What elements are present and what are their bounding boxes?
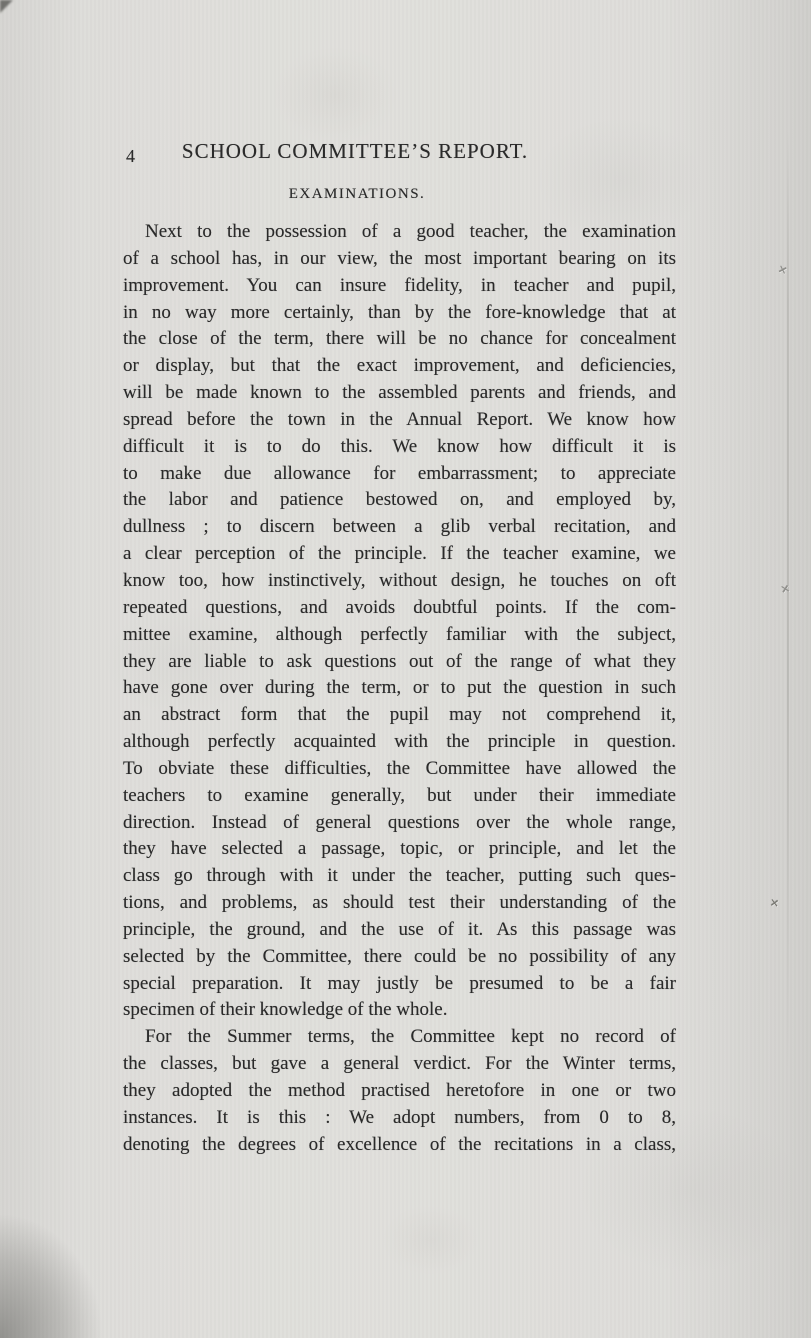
text-line: or display, but that the exact improveme… [123, 353, 676, 380]
text-line: tions, and problems, as should test thei… [123, 890, 676, 917]
text-line: improvement. You can insure fidelity, in… [123, 273, 676, 300]
text-line: special preparation. It may justly be pr… [123, 971, 676, 998]
text-line: the close of the term, there will be no … [123, 326, 676, 353]
paper-flaw-mark-icon: ✕ [769, 896, 780, 910]
text-line: have gone over during the term, or to pu… [123, 675, 676, 702]
text-line: principle, the ground, and the use of it… [123, 917, 676, 944]
text-line: spread before the town in the Annual Rep… [123, 407, 676, 434]
page-corner-shadow [0, 0, 13, 13]
text-line: instances. It is this : We adopt numbers… [123, 1105, 676, 1132]
text-line: although perfectly acquainted with the p… [123, 729, 676, 756]
running-head: SCHOOL COMMITTEE’S REPORT. [182, 139, 528, 164]
text-line: difficult it is to do this. We know how … [123, 434, 676, 461]
text-line: selected by the Committee, there could b… [123, 944, 676, 971]
text-line: dullness ; to discern between a glib ver… [123, 514, 676, 541]
page-number: 4 [126, 146, 135, 167]
text-line: in no way more certainly, than by the fo… [123, 300, 676, 327]
text-line: a clear perception of the principle. If … [123, 541, 676, 568]
bottom-left-shadow [0, 1215, 110, 1338]
body-text: Next to the possession of a good teacher… [123, 219, 676, 1159]
paper-crease [787, 130, 789, 1070]
text-line: an abstract form that the pupil may not … [123, 702, 676, 729]
text-line: teachers to examine generally, but under… [123, 783, 676, 810]
text-line: they have selected a passage, topic, or … [123, 836, 676, 863]
text-line: specimen of their knowledge of the whole… [123, 997, 676, 1024]
paper-flaw-mark-icon: ✕ [780, 582, 792, 597]
text-line: repeated questions, and avoids doubtful … [123, 595, 676, 622]
text-line: To obviate these difficulties, the Commi… [123, 756, 676, 783]
text-line: know too, how instinctively, without des… [123, 568, 676, 595]
text-line: denoting the degrees of excellence of th… [123, 1132, 676, 1159]
text-line: mittee examine, although perfectly famil… [123, 622, 676, 649]
text-line: will be made known to the assembled pare… [123, 380, 676, 407]
text-line: of a school has, in our view, the most i… [123, 246, 676, 273]
text-line: class go through with it under the teach… [123, 863, 676, 890]
section-heading: EXAMINATIONS. [289, 186, 426, 203]
text-line: the classes, but gave a general verdict.… [123, 1051, 676, 1078]
text-line: they adopted the method practised hereto… [123, 1078, 676, 1105]
text-line: For the Summer terms, the Committee kept… [123, 1024, 676, 1051]
text-line: direction. Instead of general questions … [123, 810, 676, 837]
text-line: they are liable to ask questions out of … [123, 649, 676, 676]
text-line: Next to the possession of a good teacher… [123, 219, 676, 246]
text-line: the labor and patience bestowed on, and … [123, 487, 676, 514]
text-line: to make due allowance for embarrassment;… [123, 461, 676, 488]
scanned-page: ✕ ✕ ✕ 4 SCHOOL COMMITTEE’S REPORT. EXAMI… [0, 0, 811, 1338]
